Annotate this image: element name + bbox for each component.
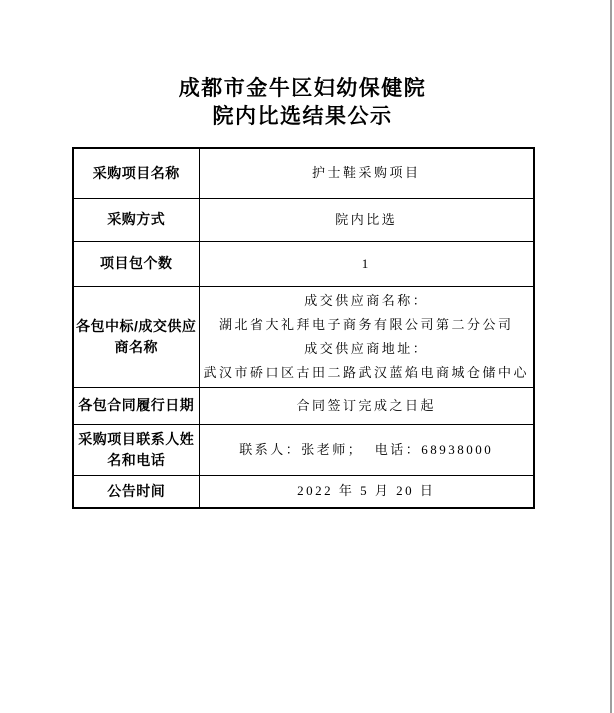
document-page: 成都市金牛区妇幼保健院 院内比选结果公示 采购项目名称 护士鞋采购项目 采购方式…	[0, 0, 614, 713]
table-row-winning-supplier: 各包中标/成交供应 商名称 成交供应商名称： 湖北省大礼拜电子商务有限公司第二分…	[73, 286, 534, 387]
row-value: 1	[199, 241, 534, 286]
row-label: 公告时间	[73, 475, 199, 508]
table-row-contract-date: 各包合同履行日期 合同签订完成之日起	[73, 387, 534, 424]
row-value: 合同签订完成之日起	[199, 387, 534, 424]
document-title: 成都市金牛区妇幼保健院 院内比选结果公示	[72, 74, 533, 130]
row-label: 各包中标/成交供应 商名称	[73, 286, 199, 387]
row-label: 各包合同履行日期	[73, 387, 199, 424]
row-value: 院内比选	[199, 198, 534, 241]
table-row-package-count: 项目包个数 1	[73, 241, 534, 286]
row-label: 项目包个数	[73, 241, 199, 286]
table-row-announcement-time: 公告时间 2022 年 5 月 20 日	[73, 475, 534, 508]
table-row-contact: 采购项目联系人姓 名和电话 联系人：张老师； 电话：68938000	[73, 424, 534, 475]
row-label: 采购项目名称	[73, 148, 199, 198]
row-value: 2022 年 5 月 20 日	[199, 475, 534, 508]
table-row-project-name: 采购项目名称 护士鞋采购项目	[73, 148, 534, 198]
row-label: 采购项目联系人姓 名和电话	[73, 424, 199, 475]
document-title-line1: 成都市金牛区妇幼保健院	[72, 74, 533, 102]
table-row-procurement-method: 采购方式 院内比选	[73, 198, 534, 241]
row-value: 联系人：张老师； 电话：68938000	[199, 424, 534, 475]
row-label: 采购方式	[73, 198, 199, 241]
announcement-table: 采购项目名称 护士鞋采购项目 采购方式 院内比选 项目包个数 1 各包中标/成交…	[72, 147, 535, 509]
page-edge-divider	[610, 0, 612, 713]
row-value: 成交供应商名称： 湖北省大礼拜电子商务有限公司第二分公司 成交供应商地址： 武汉…	[199, 286, 534, 387]
row-value: 护士鞋采购项目	[199, 148, 534, 198]
document-title-line2: 院内比选结果公示	[72, 102, 533, 130]
